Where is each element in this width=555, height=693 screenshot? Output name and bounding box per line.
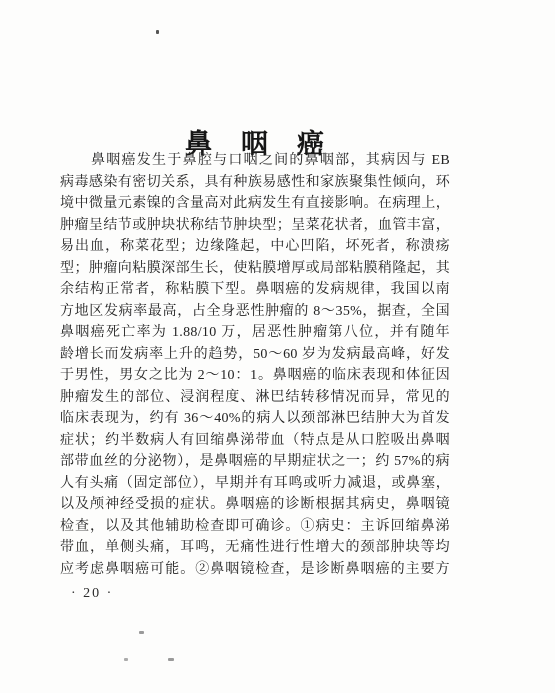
text-line: 型；肿瘤向粘膜深部生长，使粘膜增厚或局部粘膜稍隆起，其 [60, 258, 450, 280]
text-line: 肿瘤发生的部位、浸润程度、淋巴结转移情况而异，常见的 [60, 387, 450, 409]
page-number: · 20 · [71, 586, 113, 602]
book-page: 鼻 咽 癌 鼻咽癌发生于鼻腔与口咽之间的鼻咽部，其病因与 EB 病毒感染有密切关… [0, 0, 555, 693]
text-line: 症状；约半数病人有回缩鼻涕带血（特点是从口腔吸出鼻咽 [60, 430, 450, 452]
text-line: 鼻咽癌死亡率为 1.88/10 万，居恶性肿瘤第八位，并有随年 [60, 322, 450, 344]
scan-speck [156, 30, 159, 34]
text-line: 鼻咽癌发生于鼻腔与口咽之间的鼻咽部，其病因与 EB [60, 150, 450, 172]
text-line: 肿瘤呈结节或肿块状称结节肿块型；呈菜花状者，血管丰富， [60, 215, 450, 237]
text-line: 于男性，男女之比为 2～10：1。鼻咽癌的临床表现和体征因 [60, 365, 450, 387]
text-line: 临床表现为，约有 36～40%的病人以颈部淋巴结肿大为首发 [60, 408, 450, 430]
body-paragraph: 鼻咽癌发生于鼻腔与口咽之间的鼻咽部，其病因与 EB 病毒感染有密切关系，具有种族… [60, 150, 450, 580]
scan-speck [168, 658, 174, 661]
text-line: 应考虑鼻咽癌可能。②鼻咽镜检查，是诊断鼻咽癌的主要方 [60, 559, 450, 581]
scan-speck [124, 658, 128, 661]
text-line: 境中微量元素镍的含量高对此病发生有直接影响。在病理上， [60, 193, 450, 215]
text-line: 余结构正常者，称粘膜下型。鼻咽癌的发病规律，我国以南 [60, 279, 450, 301]
text-line: 带血，单侧头痛，耳鸣，无痛性进行性增大的颈部肿块等均 [60, 537, 450, 559]
text-line: 以及颅神经受损的症状。鼻咽癌的诊断根据其病史，鼻咽镜 [60, 494, 450, 516]
scan-speck [139, 631, 144, 634]
text-line: 部带血丝的分泌物），是鼻咽癌的早期症状之一；约 57%的病 [60, 451, 450, 473]
text-line: 病毒感染有密切关系，具有种族易感性和家族聚集性倾向，环 [60, 172, 450, 194]
text-line: 人有头痛（固定部位），早期并有耳鸣或听力减退，或鼻塞， [60, 473, 450, 495]
text-line: 龄增长而发病率上升的趋势，50～60 岁为发病最高峰，好发 [60, 344, 450, 366]
text-line: 检查，以及其他辅助检查即可确诊。①病史：主诉回缩鼻涕 [60, 516, 450, 538]
text-line: 方地区发病率最高，占全身恶性肿瘤的 8～35%，据查，全国 [60, 301, 450, 323]
text-line: 易出血，称菜花型；边缘隆起，中心凹陷，坏死者，称溃疡 [60, 236, 450, 258]
